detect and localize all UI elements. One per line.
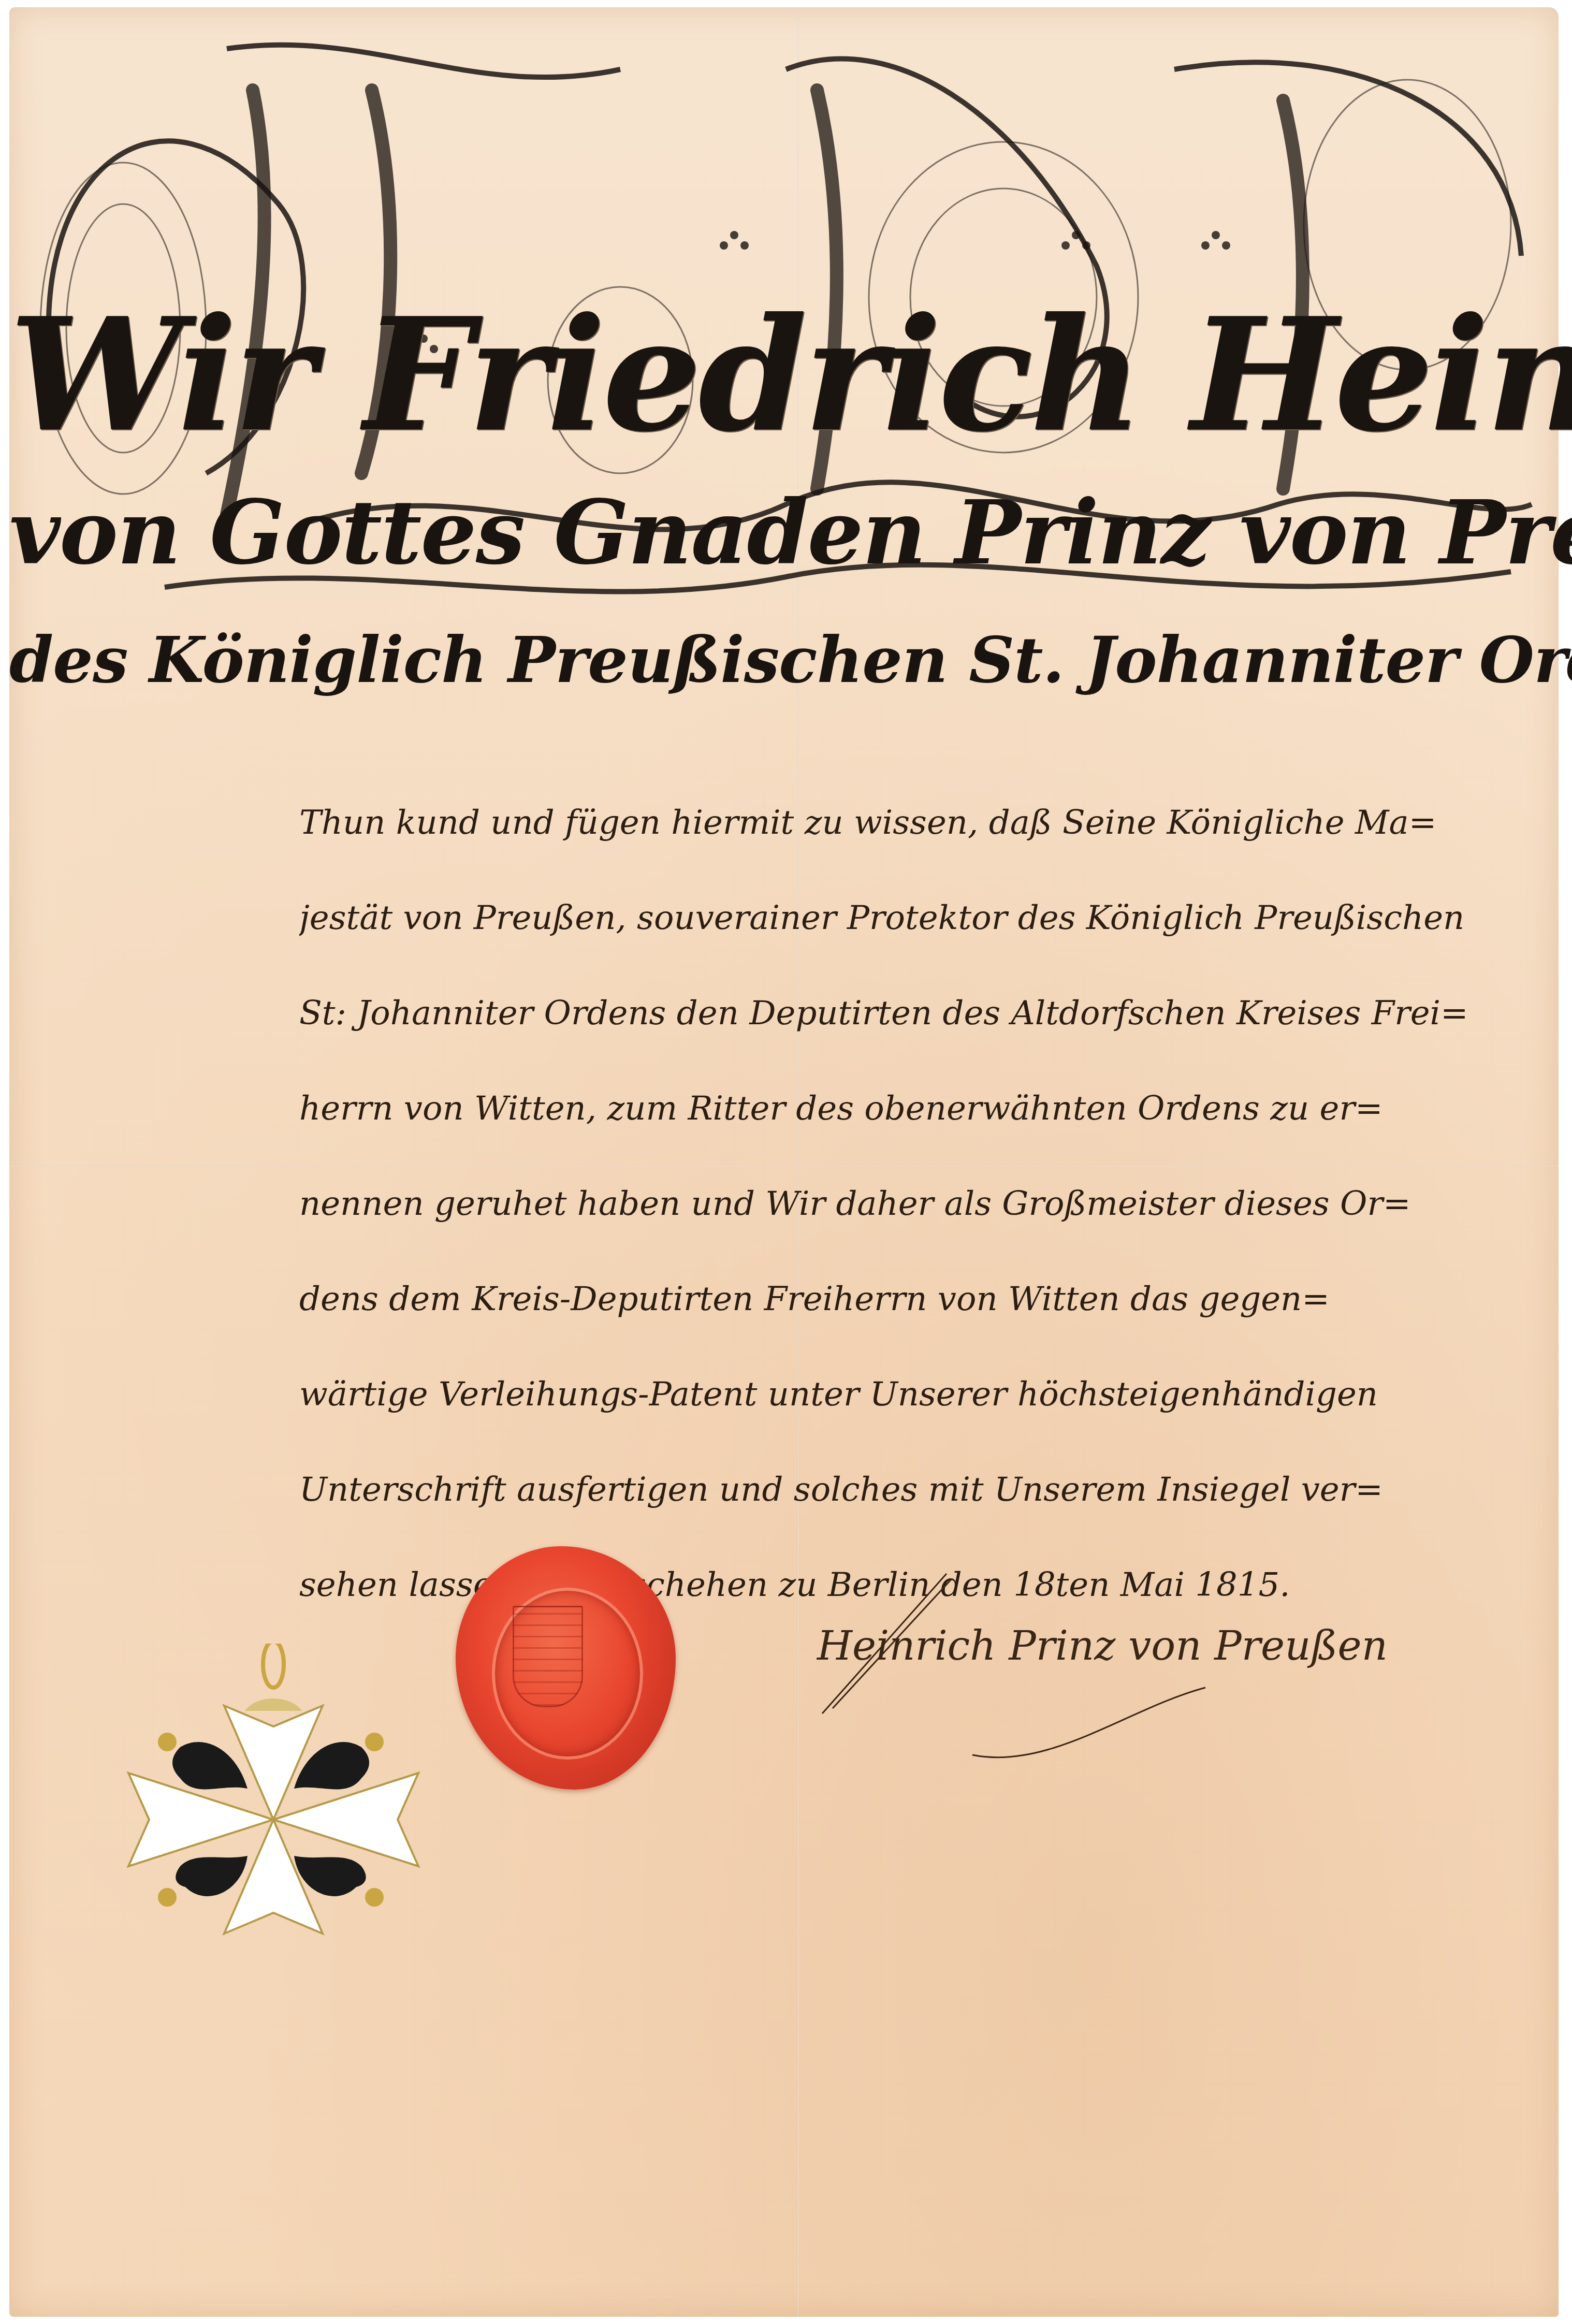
body-line: dens dem Kreis-Deputirten Freiherrn von …: [299, 1271, 1532, 1366]
patent-body-text: Thun kund und fügen hiermit zu wissen, d…: [299, 794, 1532, 1652]
body-line: herrn von Witten, zum Ritter des obenerw…: [299, 1080, 1532, 1175]
heading-line-names: Wir Friedrich Heinrich Karl: [9, 297, 1559, 453]
body-line: Thun kund und fügen hiermit zu wissen, d…: [299, 794, 1532, 890]
signature: Heinrich Prinz von Preußen: [817, 1623, 1388, 1669]
body-line: Unterschrift ausfertigen und solches mit…: [299, 1461, 1532, 1557]
heading-line-order: des Königlich Preußischen St. Johanniter…: [9, 626, 1559, 693]
body-line: St: Johanniter Ordens den Deputirten des…: [299, 985, 1532, 1080]
body-line: nennen geruhet haben und Wir daher als G…: [299, 1175, 1532, 1271]
red-wax-seal: [456, 1546, 676, 1790]
maltese-cross-medal-icon: [118, 1644, 424, 2006]
heading-line-title: von Gottes Gnaden Prinz von Preußen,: [9, 489, 1559, 577]
body-line: wärtige Verleihungs-Patent unter Unserer…: [299, 1366, 1532, 1461]
document-paper: Wir Friedrich Heinrich Karl von Gottes G…: [9, 7, 1559, 2317]
seal-coat-of-arms: [513, 1606, 583, 1707]
body-line: jestät von Preußen, souverainer Protekto…: [299, 890, 1532, 985]
